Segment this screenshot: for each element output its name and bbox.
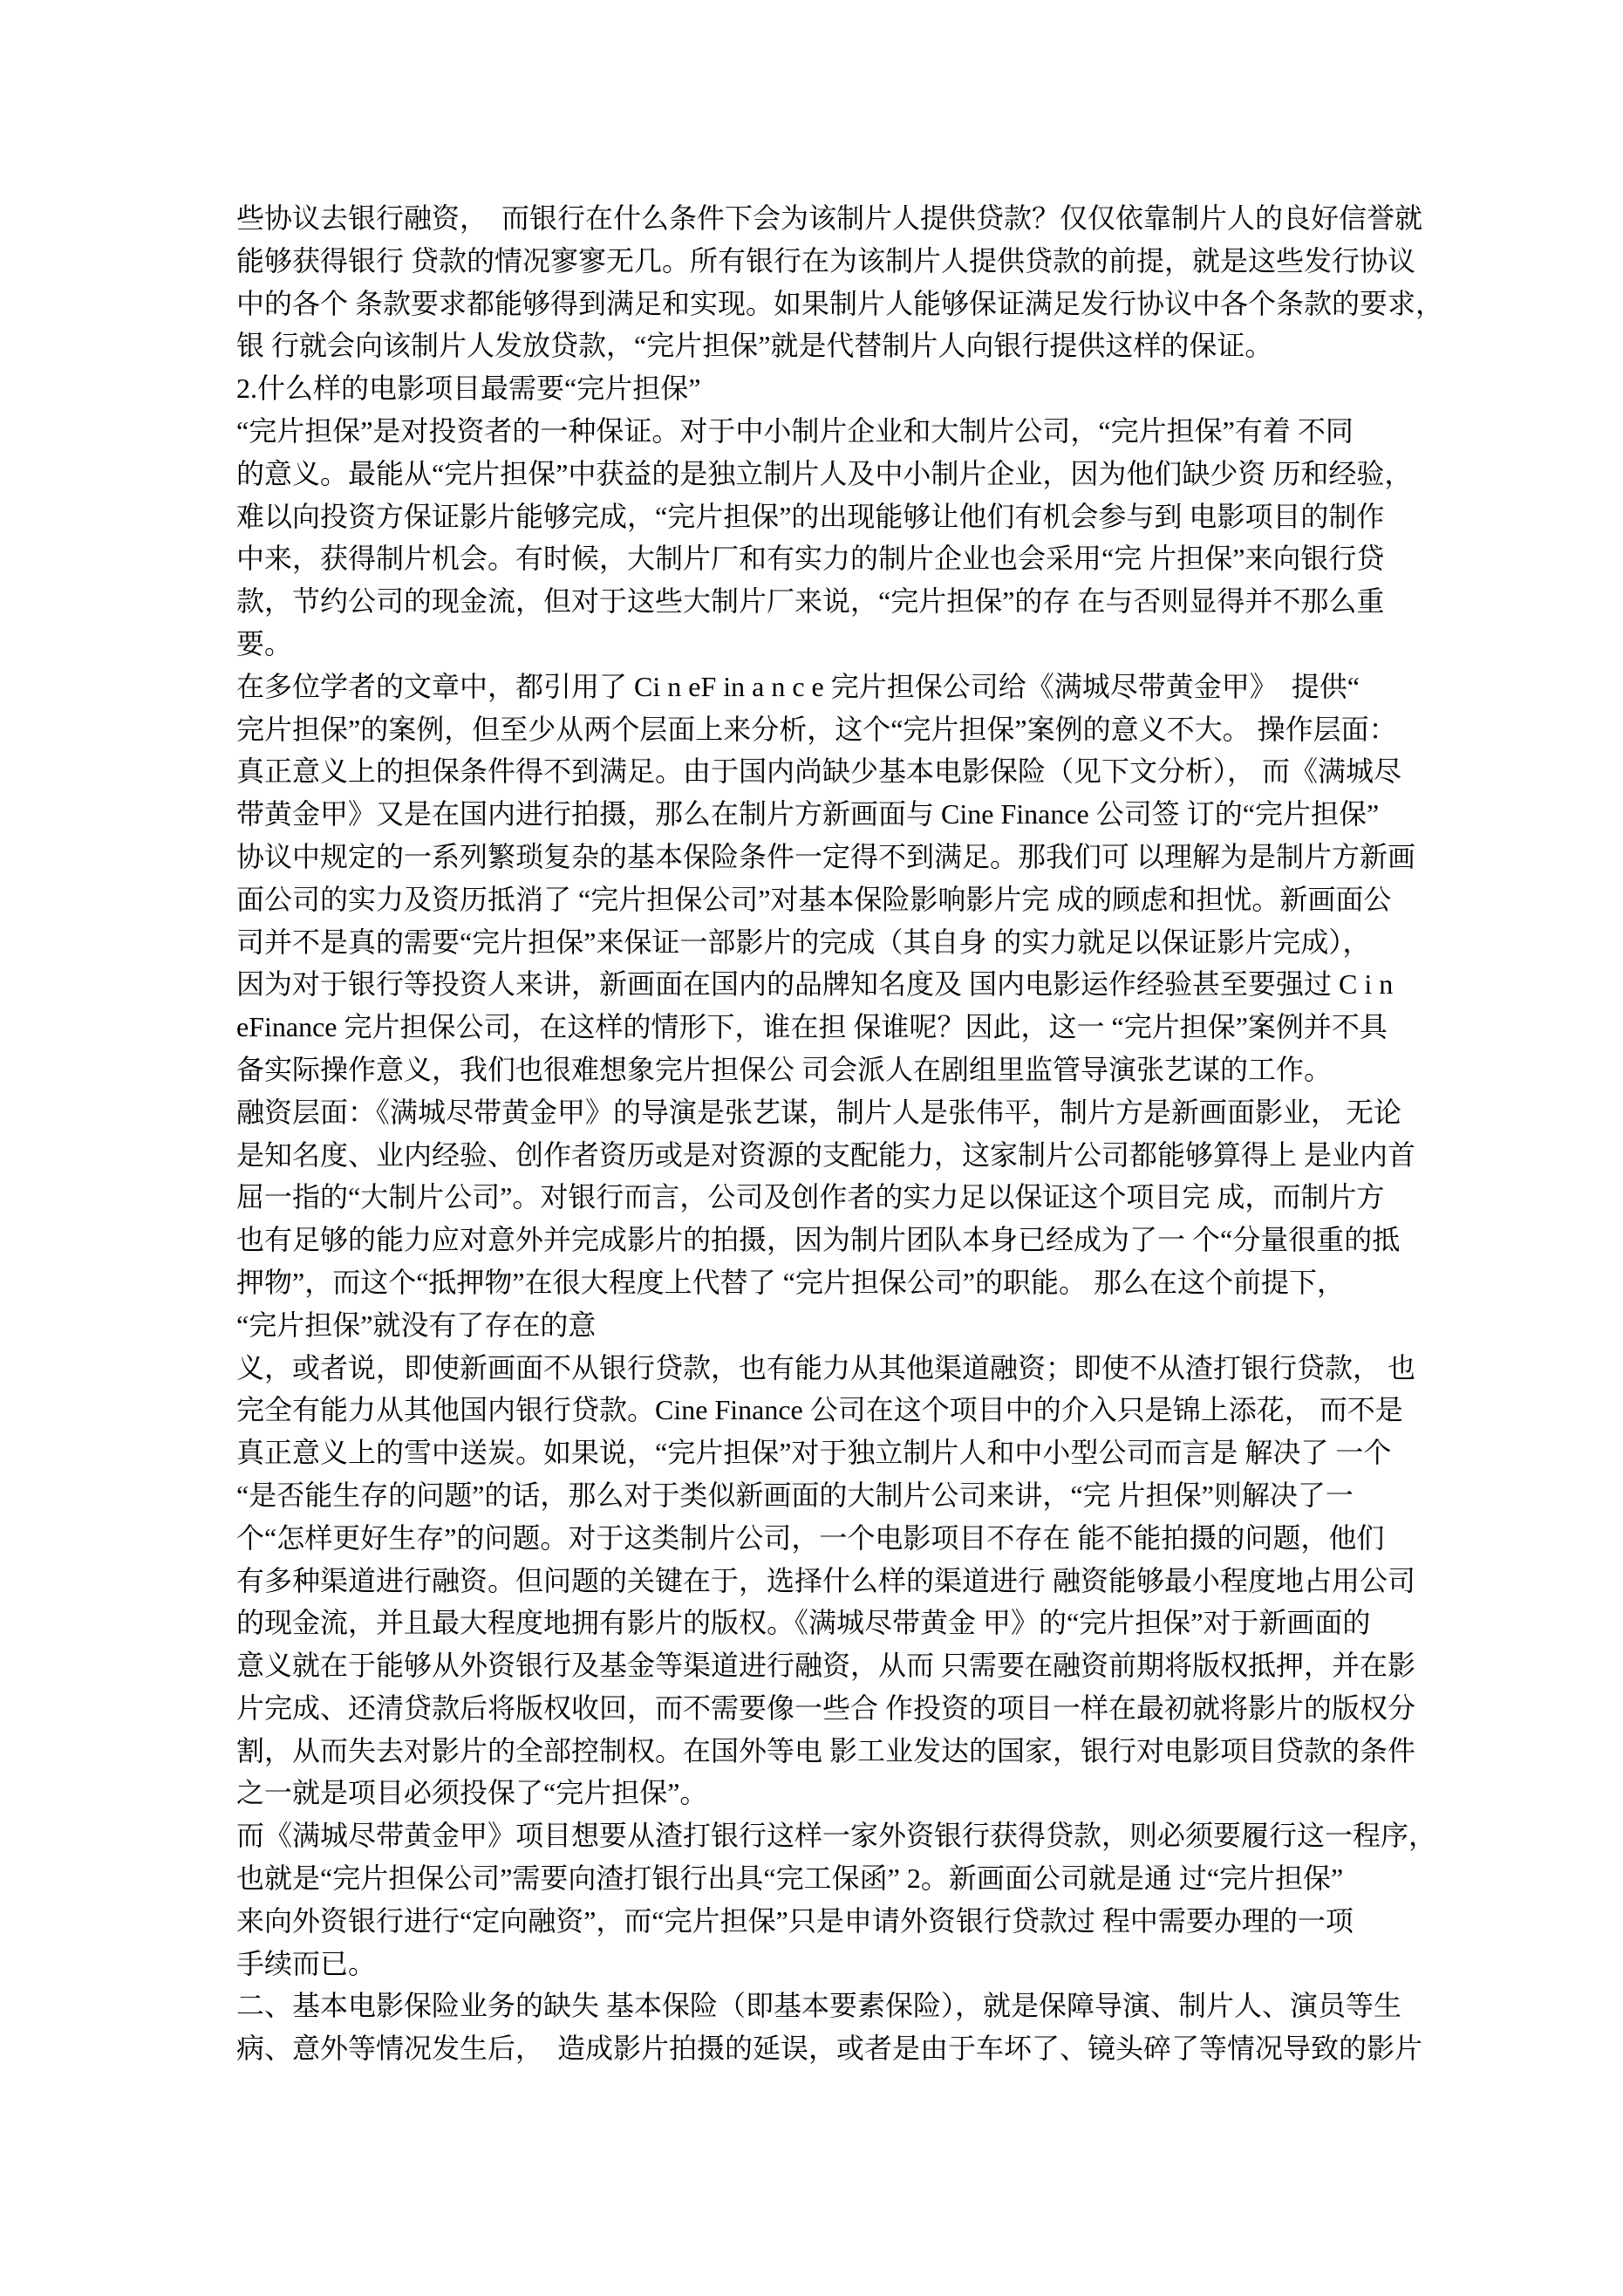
text-line: 面公司的实力及资历抵消了 “完片担保公司”对基本保险影响影片完 成的顾虑和担忧。… [236,878,1453,921]
text-line: 个“怎样更好生存”的问题。对于这类制片公司，一个电影项目不存在 能不能拍摄的问题… [236,1517,1453,1560]
text-line: eFinance 完片担保公司，在这样的情形下，谁在担 保谁呢？因此，这一 “完… [236,1006,1453,1049]
text-line: 中来，获得制片机会。有时候，大制片厂和有实力的制片企业也会采用“完 片担保”来向… [236,537,1453,580]
document-body: 些协议去银行融资， 而银行在什么条件下会为该制片人提供贷款？仅仅依靠制片人的良好… [236,197,1453,2070]
text-line: 款，节约公司的现金流，但对于这些大制片厂来说，“完片担保”的存 在与否则显得并不… [236,580,1453,623]
text-line: 片完成、还清贷款后将版权收回，而不需要像一些合 作投资的项目一样在最初就将影片的… [236,1687,1453,1730]
text-line: 银 行就会向该制片人发放贷款，“完片担保”就是代替制片人向银行提供这样的保证。 [236,325,1453,367]
text-line: 二、基本电影保险业务的缺失 基本保险（即基本要素保险），就是保障导演、制片人、演… [236,1985,1453,2027]
text-line: 有多种渠道进行融资。但问题的关键在于，选择什么样的渠道进行 融资能够最小程度地占… [236,1560,1453,1602]
text-line: 义，或者说，即使新画面不从银行贷款，也有能力从其他渠道融资；即使不从渣打银行贷款… [236,1347,1453,1390]
text-line: 是知名度、业内经验、创作者资历或是对资源的支配能力，这家制片公司都能够算得上 是… [236,1134,1453,1177]
text-line: 割，从而失去对影片的全部控制权。在国外等电 影工业发达的国家，银行对电影项目贷款… [236,1730,1453,1773]
text-line: 司并不是真的需要“完片担保”来保证一部影片的完成（其自身 的实力就足以保证影片完… [236,921,1453,964]
text-line: 完片担保”的案例，但至少从两个层面上来分析，这个“完片担保”案例的意义不大。 操… [236,708,1453,751]
text-line: “完片担保”是对投资者的一种保证。对于中小制片企业和大制片公司，“完片担保”有着… [236,410,1453,453]
text-line: 因为对于银行等投资人来讲，新画面在国内的品牌知名度及 国内电影运作经验甚至要强过… [236,963,1453,1006]
text-line: 带黄金甲》又是在国内进行拍摄，那么在制片方新画面与 Cine Finance 公… [236,793,1453,836]
text-line: 些协议去银行融资， 而银行在什么条件下会为该制片人提供贷款？仅仅依靠制片人的良好… [236,197,1453,240]
text-line: 要。 [236,623,1453,666]
document-page: 些协议去银行融资， 而银行在什么条件下会为该制片人提供贷款？仅仅依靠制片人的良好… [0,0,1623,2296]
text-line: 屈一指的“大制片公司”。对银行而言，公司及创作者的实力足以保证这个项目完 成，而… [236,1176,1453,1219]
text-line: 备实际操作意义，我们也很难想象完片担保公 司会派人在剧组里监管导演张艺谋的工作。 [236,1049,1453,1091]
text-line: 病、意外等情况发生后， 造成影片拍摄的延误，或者是由于车坏了、镜头碎了等情况导致… [236,2027,1453,2070]
text-line: 中的各个 条款要求都能够得到满足和实现。如果制片人能够保证满足发行协议中各个条款… [236,283,1453,325]
text-line: 能够获得银行 贷款的情况寥寥无几。所有银行在为该制片人提供贷款的前提，就是这些发… [236,240,1453,283]
text-line: 完全有能力从其他国内银行贷款。Cine Finance 公司在这个项目中的介入只… [236,1389,1453,1432]
text-line: 也就是“完片担保公司”需要向渣打银行出具“完工保函” 2。新画面公司就是通 过“… [236,1857,1453,1900]
text-line: 真正意义上的担保条件得不到满足。由于国内尚缺少基本电影保险（见下文分析）， 而《… [236,750,1453,793]
text-line: 融资层面：《满城尽带黄金甲》的导演是张艺谋，制片人是张伟平，制片方是新画面影业，… [236,1091,1453,1134]
text-line: 手续而已。 [236,1943,1453,1985]
text-line: 而《满城尽带黄金甲》项目想要从渣打银行这样一家外资银行获得贷款，则必须要履行这一… [236,1814,1453,1857]
text-line: 在多位学者的文章中，都引用了 Ci n eF in a n c e 完片担保公司… [236,666,1453,708]
text-line: 真正意义上的雪中送炭。如果说，“完片担保”对于独立制片人和中小型公司而言是 解决… [236,1432,1453,1474]
text-line: “完片担保”就没有了存在的意 [236,1304,1453,1347]
text-line: 难以向投资方保证影片能够完成，“完片担保”的出现能够让他们有机会参与到 电影项目… [236,495,1453,538]
text-line: 2.什么样的电影项目最需要“完片担保” [236,367,1453,410]
text-line: 也有足够的能力应对意外并完成影片的拍摄，因为制片团队本身已经成为了一 个“分量很… [236,1219,1453,1261]
text-line: 意义就在于能够从外资银行及基金等渠道进行融资，从而 只需要在融资前期将版权抵押，… [236,1644,1453,1687]
text-line: “是否能生存的问题”的话，那么对于类似新画面的大制片公司来讲，“完 片担保”则解… [236,1474,1453,1517]
text-line: 的意义。最能从“完片担保”中获益的是独立制片人及中小制片企业，因为他们缺少资 历… [236,453,1453,495]
text-line: 来向外资银行进行“定向融资”，而“完片担保”只是申请外资银行贷款过 程中需要办理… [236,1900,1453,1943]
text-line: 押物”，而这个“抵押物”在很大程度上代替了 “完片担保公司”的职能。 那么在这个… [236,1261,1453,1304]
text-line: 之一就是项目必须投保了“完片担保”。 [236,1772,1453,1814]
text-line: 协议中规定的一系列繁琐复杂的基本保险条件一定得不到满足。那我们可 以理解为是制片… [236,836,1453,878]
text-line: 的现金流，并且最大程度地拥有影片的版权。《满城尽带黄金 甲》的“完片担保”对于新… [236,1602,1453,1644]
